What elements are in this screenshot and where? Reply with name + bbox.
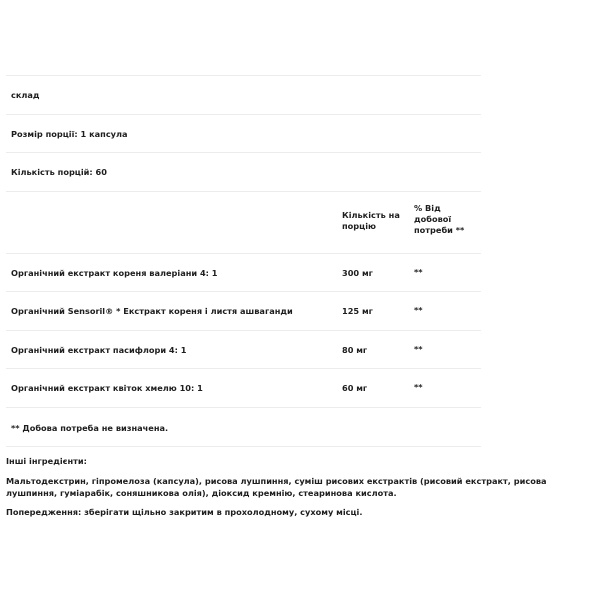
ingredient-name: Органічний Sensoril® * Екстракт кореня і… — [11, 306, 293, 316]
ingredient-amount: 80 мг — [342, 345, 367, 355]
table-row: Органічний екстракт квіток хмелю 10: 1 6… — [6, 368, 481, 407]
table-row: Органічний Sensoril® * Екстракт кореня і… — [6, 291, 481, 330]
ingredient-name: Органічний екстракт пасифлори 4: 1 — [11, 345, 186, 355]
other-ingredients-label: Інші інгредієнти: — [6, 456, 596, 466]
ingredient-name: Органічний екстракт квіток хмелю 10: 1 — [11, 383, 203, 393]
ingredient-amount: 125 мг — [342, 306, 373, 316]
ingredient-daily-value: ** — [414, 267, 423, 277]
ingredient-daily-value: ** — [414, 344, 423, 354]
header-amount: Кількість на порцію — [342, 210, 412, 232]
table-row: Органічний екстракт пасифлори 4: 1 80 мг… — [6, 330, 481, 369]
supplement-facts-table: склад Розмір порції: 1 капсула Кількість… — [6, 75, 481, 447]
footnote: ** Добова потреба не визначена. — [11, 423, 168, 433]
ingredient-daily-value: ** — [414, 382, 423, 392]
composition-title-row: склад — [6, 75, 481, 114]
footnote-row: ** Добова потреба не визначена. — [6, 407, 481, 447]
ingredient-daily-value: ** — [414, 305, 423, 315]
ingredient-amount: 60 мг — [342, 383, 367, 393]
composition-title: склад — [11, 90, 40, 100]
serving-size-row: Розмір порції: 1 капсула — [6, 114, 481, 153]
storage-warning: Попередження: зберігати щільно закритим … — [6, 507, 596, 517]
ingredient-amount: 300 мг — [342, 268, 373, 278]
table-header-row: Кількість на порцію % Від добової потреб… — [6, 191, 481, 253]
header-daily-value: % Від добової потреби ** — [414, 203, 480, 236]
servings-count: Кількість порцій: 60 — [11, 167, 107, 177]
ingredient-name: Органічний екстракт кореня валеріани 4: … — [11, 268, 218, 278]
serving-size: Розмір порції: 1 капсула — [11, 129, 128, 139]
table-row: Органічний екстракт кореня валеріани 4: … — [6, 253, 481, 292]
servings-count-row: Кількість порцій: 60 — [6, 152, 481, 191]
other-ingredients-text: Мальтодекстрин, гіпромелоза (капсула), р… — [6, 475, 596, 499]
other-ingredients-section: Інші інгредієнти: Мальтодекстрин, гіпром… — [6, 456, 596, 517]
